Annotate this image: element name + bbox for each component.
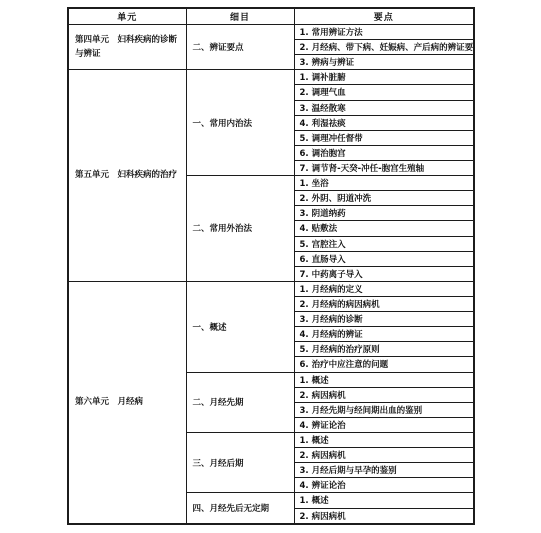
point-cell: 1. 概述 (294, 372, 474, 387)
point-cell: 3. 月经先期与经间期出血的鉴别 (294, 402, 474, 417)
unit-cell: 第四单元 妇科疾病的诊断与辨证 (68, 25, 186, 70)
table-row: 第五单元 妇科疾病的治疗一、常用内治法1. 调补脏腑 (68, 70, 474, 85)
point-cell: 6. 调治胞宫 (294, 145, 474, 160)
unit-cell: 第六单元 月经病 (68, 281, 186, 524)
point-cell: 1. 概述 (294, 432, 474, 447)
point-cell: 1. 月经病的定义 (294, 281, 474, 296)
point-cell: 2. 病因病机 (294, 448, 474, 463)
unit-cell: 第五单元 妇科疾病的治疗 (68, 70, 186, 282)
table-row: 第四单元 妇科疾病的诊断与辨证二、辨证要点1. 常用辨证方法 (68, 25, 474, 40)
point-cell: 7. 调节肾-天癸-冲任-胞宫生殖轴 (294, 160, 474, 175)
item-cell: 一、常用内治法 (186, 70, 294, 176)
header-row: 单元细目要点 (68, 8, 474, 25)
table-row: 第六单元 月经病一、概述1. 月经病的定义 (68, 281, 474, 296)
point-cell: 5. 调理冲任督带 (294, 130, 474, 145)
point-cell: 3. 阴道纳药 (294, 206, 474, 221)
item-cell: 二、常用外治法 (186, 176, 294, 282)
item-cell: 三、月经后期 (186, 432, 294, 492)
point-cell: 3. 温经散寒 (294, 100, 474, 115)
table-header: 单元细目要点 (68, 8, 474, 25)
point-cell: 6. 治疗中应注意的问题 (294, 357, 474, 372)
point-cell: 6. 直肠导入 (294, 251, 474, 266)
point-cell: 1. 调补脏腑 (294, 70, 474, 85)
point-cell: 1. 概述 (294, 493, 474, 508)
table-body: 第四单元 妇科疾病的诊断与辨证二、辨证要点1. 常用辨证方法2. 月经病、带下病… (68, 25, 474, 525)
point-cell: 2. 月经病的病因病机 (294, 296, 474, 311)
column-header-item: 细目 (186, 8, 294, 25)
syllabus-table: 单元细目要点 第四单元 妇科疾病的诊断与辨证二、辨证要点1. 常用辨证方法2. … (67, 7, 475, 525)
point-cell: 3. 月经病的诊断 (294, 312, 474, 327)
document-page: 单元细目要点 第四单元 妇科疾病的诊断与辨证二、辨证要点1. 常用辨证方法2. … (0, 0, 541, 533)
column-header-points: 要点 (294, 8, 474, 25)
point-cell: 2. 外阴、阴道冲洗 (294, 191, 474, 206)
point-cell: 2. 病因病机 (294, 508, 474, 524)
point-cell: 5. 宫腔注入 (294, 236, 474, 251)
point-cell: 1. 常用辨证方法 (294, 25, 474, 40)
point-cell: 4. 辨证论治 (294, 417, 474, 432)
point-cell: 4. 贴敷法 (294, 221, 474, 236)
point-cell: 7. 中药离子导入 (294, 266, 474, 281)
point-cell: 2. 月经病、带下病、妊娠病、产后病的辨证要点 (294, 40, 474, 55)
point-cell: 3. 辨病与辨证 (294, 55, 474, 70)
point-cell: 3. 月经后期与早孕的鉴别 (294, 463, 474, 478)
point-cell: 1. 坐浴 (294, 176, 474, 191)
point-cell: 4. 月经病的辨证 (294, 327, 474, 342)
point-cell: 4. 辨证论治 (294, 478, 474, 493)
point-cell: 2. 病因病机 (294, 387, 474, 402)
item-cell: 二、辨证要点 (186, 25, 294, 70)
column-header-unit: 单元 (68, 8, 186, 25)
point-cell: 4. 利湿祛痰 (294, 115, 474, 130)
item-cell: 一、概述 (186, 281, 294, 372)
point-cell: 2. 调理气血 (294, 85, 474, 100)
point-cell: 5. 月经病的治疗原则 (294, 342, 474, 357)
item-cell: 四、月经先后无定期 (186, 493, 294, 524)
item-cell: 二、月经先期 (186, 372, 294, 432)
